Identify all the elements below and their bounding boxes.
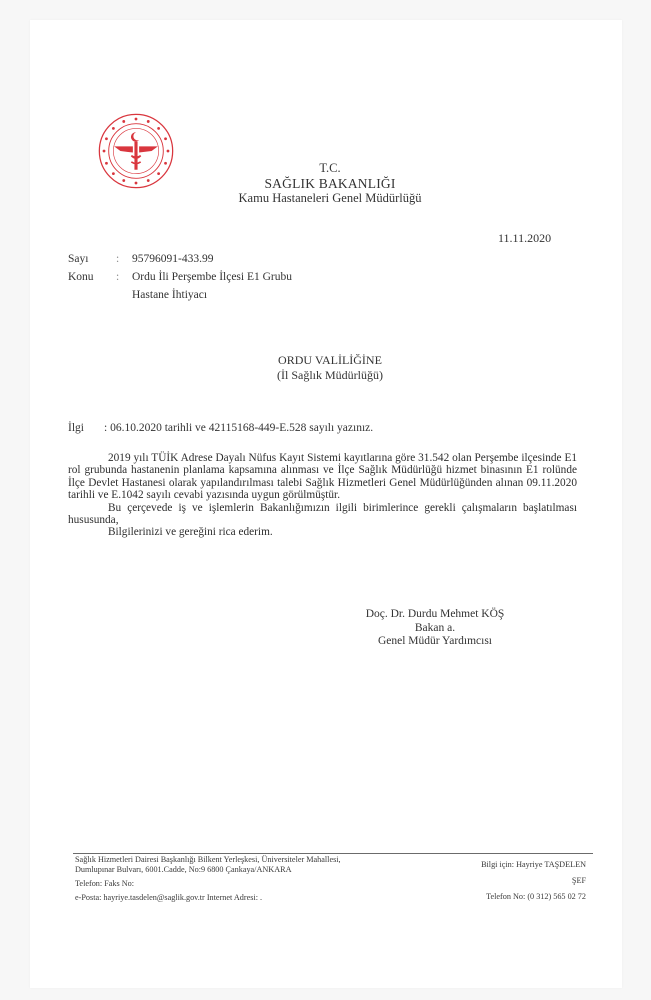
konu-label: Konu bbox=[68, 268, 116, 286]
footer-contact: Bilgi için: Hayriye TAŞDELEN ŞEF Telefon… bbox=[430, 860, 586, 908]
sayi-colon: : bbox=[116, 250, 132, 268]
footer-divider bbox=[73, 853, 593, 854]
addressee-line2: (İl Sağlık Müdürlüğü) bbox=[200, 368, 460, 383]
footer-address-line1: Sağlık Hizmetleri Dairesi Başkanlığı Bil… bbox=[75, 855, 405, 865]
meta-konu-row: Konu : Ordu İli Perşembe İlçesi E1 Grubu bbox=[68, 268, 292, 286]
signatory-on-behalf: Bakan a. bbox=[355, 622, 515, 636]
document-page: T.C. SAĞLIK BAKANLIĞI Kamu Hastaneleri G… bbox=[30, 20, 622, 988]
sayi-label: Sayı bbox=[68, 250, 116, 268]
konu-value-line2: Hastane İhtiyacı bbox=[132, 286, 207, 304]
signatory-title: Genel Müdür Yardımcısı bbox=[355, 635, 515, 649]
reference-line: İlgi : 06.10.2020 tarihli ve 42115168-44… bbox=[68, 422, 373, 434]
footer-phone-fax: Telefon: Faks No: bbox=[75, 879, 405, 889]
body-paragraph-2: Bu çerçevede iş ve işlemlerin Bakanlığım… bbox=[68, 502, 577, 527]
footer-address: Sağlık Hizmetleri Dairesi Başkanlığı Bil… bbox=[75, 855, 405, 903]
footer-email-web: e-Posta: hayriye.tasdelen@saglik.gov.tr … bbox=[75, 893, 405, 903]
meta-konu-row-2: Hastane İhtiyacı bbox=[68, 286, 292, 304]
signature-block: Doç. Dr. Durdu Mehmet KÖŞ Bakan a. Genel… bbox=[355, 608, 515, 649]
addressee: ORDU VALİLİĞİNE (İl Sağlık Müdürlüğü) bbox=[200, 353, 460, 383]
konu-colon: : bbox=[116, 268, 132, 286]
body-paragraph-3: Bilgilerinizi ve gereğini rica ederim. bbox=[68, 526, 577, 538]
meta-sayi-row: Sayı : 95796091-433.99 bbox=[68, 250, 292, 268]
body-paragraph-1: 2019 yılı TÜİK Adrese Dayalı Nüfus Kayıt… bbox=[68, 452, 577, 502]
footer-info-contact: Bilgi için: Hayriye TAŞDELEN bbox=[430, 860, 586, 870]
letterhead: T.C. SAĞLIK BAKANLIĞI Kamu Hastaneleri G… bbox=[200, 161, 460, 206]
letterhead-tc: T.C. bbox=[200, 161, 460, 176]
footer-address-line2: Dumlupınar Bulvarı, 6001.Cadde, No:9 680… bbox=[75, 865, 405, 875]
document-date: 11.11.2020 bbox=[498, 231, 551, 246]
letter-body: 2019 yılı TÜİK Adrese Dayalı Nüfus Kayıt… bbox=[68, 452, 577, 539]
footer-info-title: ŞEF bbox=[430, 876, 586, 886]
addressee-line1: ORDU VALİLİĞİNE bbox=[200, 353, 460, 368]
letterhead-directorate: Kamu Hastaneleri Genel Müdürlüğü bbox=[200, 191, 460, 206]
signatory-name: Doç. Dr. Durdu Mehmet KÖŞ bbox=[355, 608, 515, 622]
sayi-value: 95796091-433.99 bbox=[132, 250, 213, 268]
ministry-seal-logo-icon bbox=[97, 112, 175, 190]
document-meta: Sayı : 95796091-433.99 Konu : Ordu İli P… bbox=[68, 250, 292, 304]
ilgi-label: İlgi bbox=[68, 422, 104, 434]
letterhead-ministry: SAĞLIK BAKANLIĞI bbox=[200, 176, 460, 191]
ilgi-value: : 06.10.2020 tarihli ve 42115168-449-E.5… bbox=[104, 422, 373, 434]
footer-info-phone: Telefon No: (0 312) 565 02 72 bbox=[430, 892, 586, 902]
konu-value-line1: Ordu İli Perşembe İlçesi E1 Grubu bbox=[132, 268, 292, 286]
